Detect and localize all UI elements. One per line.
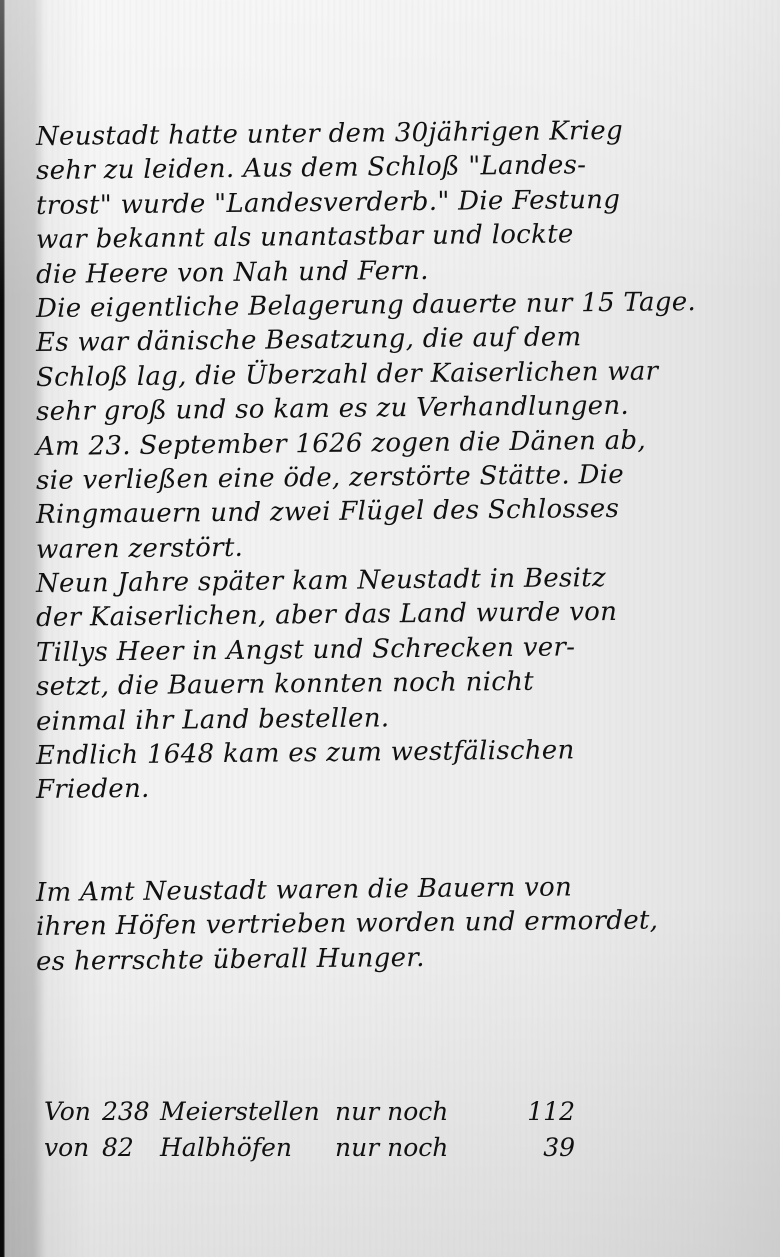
stat-category: Meierstellen: [160, 1094, 335, 1130]
text-line: es herrschte überall Hunger.: [36, 937, 716, 979]
stat-category: Halbhöfen: [160, 1130, 335, 1166]
paragraph-siege: Die eigentliche Belagerung dauerte nur 1…: [36, 292, 716, 567]
stat-remaining: 39: [515, 1130, 575, 1166]
stat-prefix: von: [44, 1130, 102, 1166]
stat-total: 238: [102, 1094, 160, 1130]
text-line: Frieden.: [36, 766, 716, 808]
farm-statistics: Von 238 Meierstellen nur noch 112 von 82…: [44, 1094, 575, 1166]
paragraph-gap: [36, 808, 716, 876]
stat-total: 82: [102, 1130, 160, 1166]
paragraph-imperial-rule: Neun Jahre später kam Neustadt in Besitz…: [36, 567, 716, 739]
paragraph-war-damage: Neustadt hatte unter dem 30jährigen Krie…: [36, 120, 716, 292]
paragraph-peace: Endlich 1648 kam es zum westfälischen Fr…: [36, 739, 716, 808]
stat-prefix: Von: [44, 1094, 102, 1130]
handwritten-text-body: Neustadt hatte unter dem 30jährigen Krie…: [36, 120, 716, 979]
paragraph-famine: Im Amt Neustadt waren die Bauern von ihr…: [36, 876, 716, 979]
statistics-row-halbhoefen: von 82 Halbhöfen nur noch 39: [44, 1130, 575, 1166]
stat-remaining: 112: [515, 1094, 575, 1130]
stat-phrase: nur noch: [335, 1094, 515, 1130]
stat-phrase: nur noch: [335, 1130, 515, 1166]
statistics-row-meierstellen: Von 238 Meierstellen nur noch 112: [44, 1094, 575, 1130]
